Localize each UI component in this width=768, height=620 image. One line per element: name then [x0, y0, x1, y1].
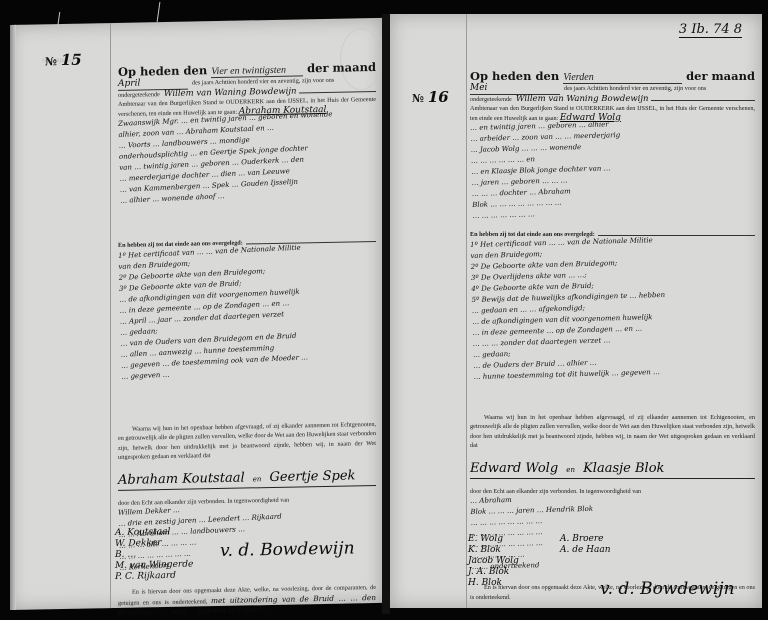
party-details-handwritten: Zwaanswijk Mgr. … en twintig jaren … geb… [118, 107, 378, 207]
signature: M. van Wingerde [115, 559, 193, 572]
margin-rule [466, 14, 467, 608]
couple-names: Edward Wolg en Klaasje Blok [470, 457, 755, 479]
page-stack-edge [10, 25, 16, 610]
registrar-signature: v. d. Bowdewijn [220, 538, 355, 561]
bride-name: Klaasje Blok [583, 461, 664, 476]
act-body: Op heden den Vierden der maand Mei des j… [470, 69, 755, 602]
registrar-name: Willem van Waning Bowdewijn [516, 95, 649, 105]
signature: J. A. Blok [468, 567, 519, 578]
act-number-value: 15 [61, 51, 82, 69]
right-register-page: 3 Ib. 74 8 № 16 Op heden den Vierden der… [390, 14, 762, 608]
opening-suffix: der maand [307, 60, 376, 75]
signature: A. Broere [560, 534, 611, 545]
closing-text: En is hiervan door ons opgemaakt deze Ak… [118, 583, 376, 618]
undersigned-label: ondergeteekende [470, 95, 512, 105]
opening-suffix: der maand [686, 69, 755, 83]
margin-rule [110, 23, 111, 608]
conjunction: en [566, 466, 575, 474]
act-number-value: 16 [428, 88, 449, 106]
act-number-prefix: № [412, 92, 424, 105]
party-details-handwritten: … en twintig jaren … geboren … alhier… a… [470, 116, 757, 222]
signature: P. C. Rijkaard [115, 570, 193, 583]
opening-prefix: Op heden den [470, 69, 559, 83]
opening-prefix: Op heden den [118, 63, 207, 79]
date-year-line: Mei des jaars Achttien honderd vier en z… [470, 84, 755, 95]
day-written: Vierden [563, 72, 682, 84]
signature-block-left: E. WolgK. BlokJacob WolgJ. A. BlokH. Blo… [468, 534, 519, 589]
signature: E. Wolg [468, 534, 519, 545]
scan-artifact [157, 2, 161, 22]
question-text: Waarna wij hun in het openbaar hebben af… [470, 413, 755, 451]
act-number-prefix: № [45, 55, 57, 68]
conjunction: en [253, 475, 262, 483]
book-gutter [382, 14, 390, 614]
month-written: Mei [470, 84, 560, 95]
bride-name: Geertje Spek [270, 468, 356, 485]
documents-list-handwritten: 1º Het certificaat van … … van de Nation… [470, 232, 759, 382]
act-number: № 15 [45, 51, 82, 70]
signature: A. de Haan [560, 545, 611, 556]
groom-name: Edward Wolg [470, 461, 558, 476]
couple-names: Abraham Koutstaal en Geertje Spek [118, 463, 376, 490]
year-text: des jaars Achttien honderd vier en zeven… [564, 84, 706, 94]
left-register-page: Huwelijk van № 15 Op heden den Vier en t… [10, 18, 382, 610]
signature: H. Blok [468, 578, 519, 589]
registrar-signature: v. d. Bowdewijn [600, 579, 735, 599]
registrar-line: ondergeteekende Willem van Waning Bowdew… [470, 95, 755, 105]
signature-block-middle: A. BroereA. de Haan [560, 534, 611, 556]
question-text: Waarna wij hun in het openbaar hebben af… [118, 419, 376, 462]
signature: K. Blok [468, 545, 519, 556]
signature-block-left: A. KoutstaalW. DekkerB. …M. van Wingerde… [115, 526, 193, 583]
folio-number: 3 Ib. 74 8 [679, 22, 742, 38]
documents-list-handwritten: 1º Het certificaat van … … van de Nation… [118, 239, 379, 383]
opening-line: Op heden den Vierden der maand [470, 69, 755, 84]
groom-name: Abraham Koutstaal [118, 470, 245, 487]
act-number: № 16 [412, 88, 449, 106]
signature: Jacob Wolg [468, 556, 519, 567]
